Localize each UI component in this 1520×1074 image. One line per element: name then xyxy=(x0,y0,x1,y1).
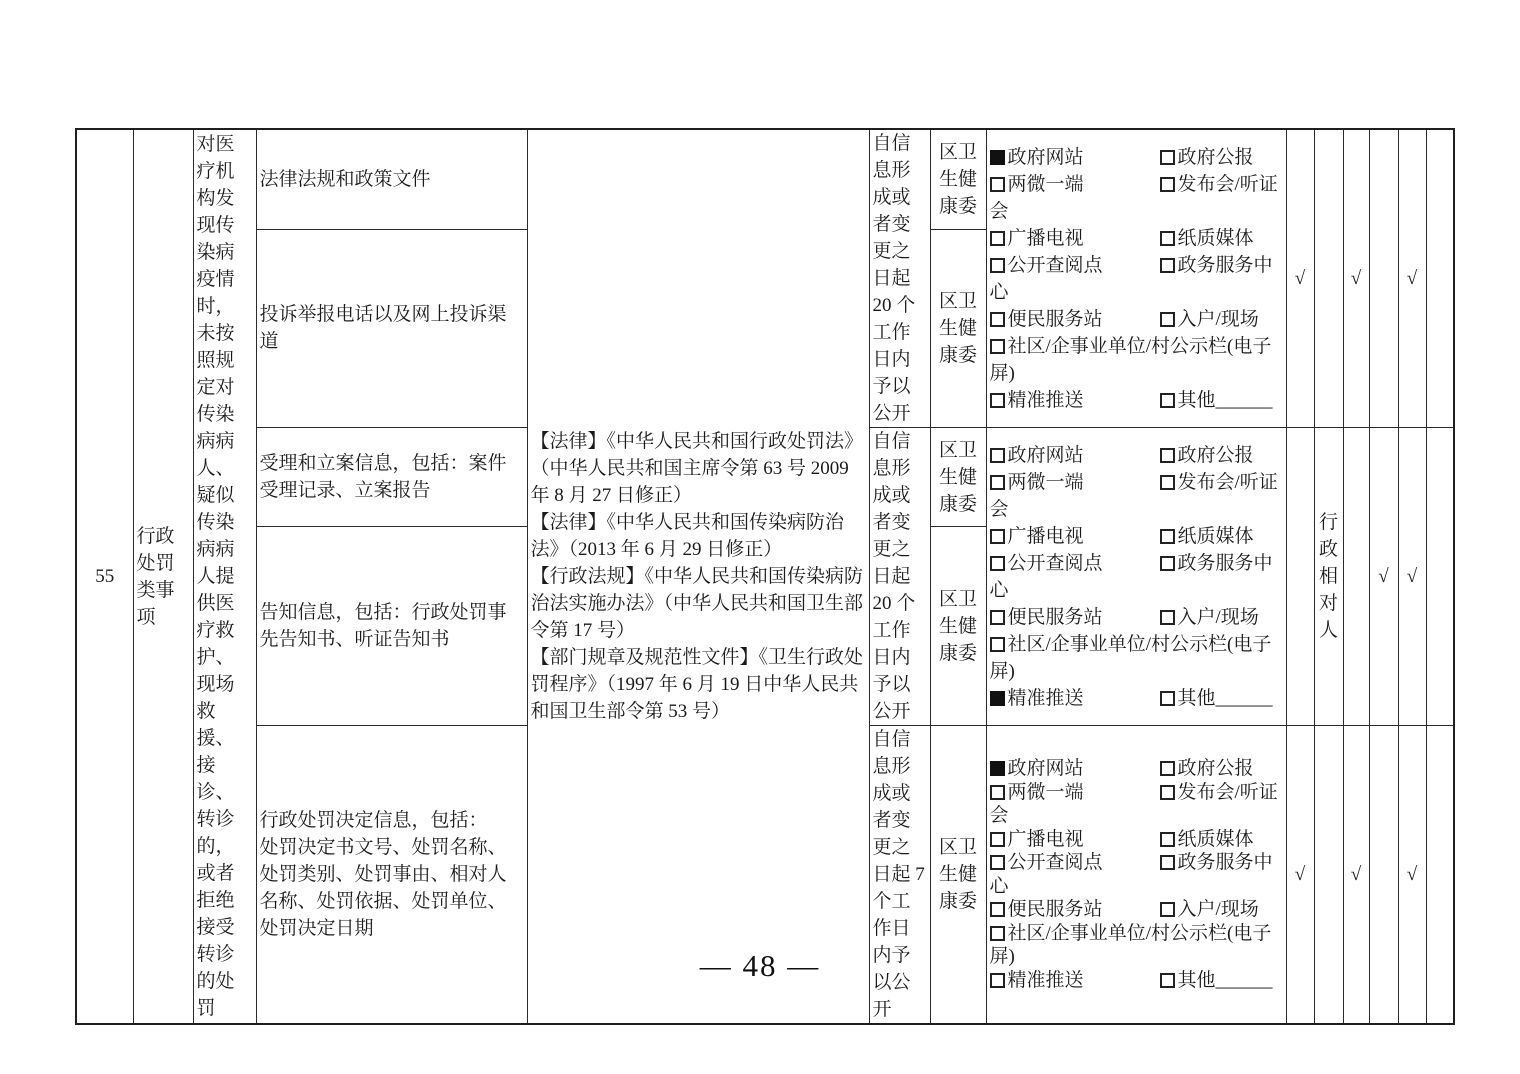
table-row: 55 行政处罚类事项 对医疗机构发现传染病疫情时，未按照规定对传染病病人、疑似传… xyxy=(76,129,1454,229)
channel-row: 社区/企事业单位/村公示栏(电子屏) xyxy=(990,631,1283,685)
mark-cell: √ xyxy=(1398,129,1426,428)
mark-cell xyxy=(1343,428,1369,726)
channel-label: 广播电视 xyxy=(1008,829,1084,850)
checkbox-unchecked-icon xyxy=(1160,150,1175,165)
document-page: 55 行政处罚类事项 对医疗机构发现传染病疫情时，未按照规定对传染病病人、疑似传… xyxy=(0,0,1520,1074)
content-cell-2: 投诉举报电话以及网上投诉渠道 xyxy=(256,229,527,427)
checkbox-unchecked-icon xyxy=(1160,902,1175,917)
channel-label: 公开查阅点 xyxy=(1008,255,1103,276)
channel-label: 政府公报 xyxy=(1178,147,1254,168)
content-cell-1: 法律法规和政策文件 xyxy=(256,129,527,229)
checkbox-unchecked-icon xyxy=(1160,785,1175,800)
responsible-cell-3: 区卫生健康委 xyxy=(930,428,986,527)
checkbox-checked-icon xyxy=(990,691,1005,706)
timing-cell-1: 自信息形成或者变更之日起 20 个工作日内予以公开 xyxy=(869,129,930,428)
checkbox-unchecked-icon xyxy=(1160,691,1175,706)
checkbox-unchecked-icon xyxy=(1160,610,1175,625)
checkbox-unchecked-icon xyxy=(990,177,1005,192)
channel-label: 入户/现场 xyxy=(1178,607,1259,628)
content-detail: 处罚决定书文号、处罚名称、处罚类别、处罚事由、相对人名称、处罚依据、处罚单位、处… xyxy=(260,834,524,942)
responsible-cell-4: 区卫生健康委 xyxy=(930,527,986,726)
channel-label: 政府公报 xyxy=(1178,758,1254,779)
checkbox-unchecked-icon xyxy=(990,855,1005,870)
checkbox-unchecked-icon xyxy=(1160,177,1175,192)
channel-row: 两微一端发布会/听证会 xyxy=(990,781,1283,828)
checkbox-unchecked-icon xyxy=(1160,475,1175,490)
checkbox-unchecked-icon xyxy=(990,637,1005,652)
page-number: — 48 — xyxy=(0,948,1520,984)
channel-item: 精准推送 xyxy=(990,387,1160,414)
channel-label: 政府网站 xyxy=(1008,147,1084,168)
channel-label: 纸质媒体 xyxy=(1178,829,1254,850)
channel-item: 政府公报 xyxy=(1160,147,1254,168)
channel-row: 便民服务站入户/现场 xyxy=(990,604,1283,631)
channel-label: 公开查阅点 xyxy=(1008,553,1103,574)
channel-row: 公开查阅点政务服务中心 xyxy=(990,550,1283,604)
checkbox-checked-icon xyxy=(990,150,1005,165)
timing-cell-2: 自信息形成或者变更之日起 20 个工作日内予以公开 xyxy=(869,428,930,726)
channel-label: 其他______ xyxy=(1178,390,1273,411)
channel-label: 公开查阅点 xyxy=(1008,852,1103,873)
channel-row: 公开查阅点政务服务中心 xyxy=(990,252,1283,306)
channel-label: 社区/企事业单位/村公示栏(电子屏) xyxy=(990,634,1272,682)
channel-row: 社区/企事业单位/村公示栏(电子屏) xyxy=(990,333,1283,387)
mark-cell xyxy=(1314,129,1343,428)
legal-basis-entry: 【行政法规】《中华人民共和国传染病防治法实施办法》（中华人民共和国卫生部令第 1… xyxy=(531,563,866,644)
channel-label: 入户/现场 xyxy=(1178,309,1259,330)
channel-row: 精准推送其他______ xyxy=(990,387,1283,414)
checkbox-unchecked-icon xyxy=(1160,448,1175,463)
checkbox-unchecked-icon xyxy=(990,258,1005,273)
channel-item: 政府网站 xyxy=(990,757,1160,781)
channel-label: 便民服务站 xyxy=(1008,607,1103,628)
channel-label: 广播电视 xyxy=(1008,526,1084,547)
channel-row: 政府网站政府公报 xyxy=(990,757,1283,781)
row-number-cell: 55 xyxy=(76,129,133,1024)
content-cell-4: 告知信息，包括：行政处罚事先告知书、听证告知书 xyxy=(256,527,527,726)
checkbox-unchecked-icon xyxy=(1160,761,1175,776)
channel-row: 便民服务站入户/现场 xyxy=(990,898,1283,922)
channel-label: 两微一端 xyxy=(1008,174,1084,195)
channel-item: 公开查阅点 xyxy=(990,252,1160,279)
channel-label: 精准推送 xyxy=(1008,390,1084,411)
channel-label: 政府网站 xyxy=(1008,445,1084,466)
matter-cell: 对医疗机构发现传染病疫情时，未按照规定对传染病病人、疑似传染病病人提供医疗救护、… xyxy=(193,129,256,1024)
channel-item: 纸质媒体 xyxy=(1160,526,1254,547)
checkbox-unchecked-icon xyxy=(990,448,1005,463)
checkbox-unchecked-icon xyxy=(990,231,1005,246)
content-cell-3: 受理和立案信息，包括：案件受理记录、立案报告 xyxy=(256,428,527,527)
legal-basis-cell: 【法律】《中华人民共和国行政处罚法》（中华人民共和国主席令第 63 号 2009… xyxy=(527,129,869,1024)
channel-row: 便民服务站入户/现场 xyxy=(990,306,1283,333)
channel-item: 两微一端 xyxy=(990,469,1160,496)
checkbox-unchecked-icon xyxy=(990,393,1005,408)
checkbox-unchecked-icon xyxy=(990,610,1005,625)
channel-row: 公开查阅点政务服务中心 xyxy=(990,851,1283,898)
responsible-cell-2: 区卫生健康委 xyxy=(930,229,986,427)
mark-cell: √ xyxy=(1286,129,1314,428)
audience-cell: 行政相对人 xyxy=(1314,428,1343,726)
checkbox-unchecked-icon xyxy=(990,926,1005,941)
channel-label: 广播电视 xyxy=(1008,228,1084,249)
channel-item: 政府公报 xyxy=(1160,445,1254,466)
mark-cell: √ xyxy=(1343,129,1369,428)
channel-item: 纸质媒体 xyxy=(1160,829,1254,850)
channel-item: 便民服务站 xyxy=(990,898,1160,922)
channels-cell-1: 政府网站政府公报两微一端发布会/听证会广播电视纸质媒体公开查阅点政务服务中心便民… xyxy=(986,129,1286,428)
legal-basis-entry: 【法律】《中华人民共和国行政处罚法》（中华人民共和国主席令第 63 号 2009… xyxy=(531,428,866,509)
channel-item: 纸质媒体 xyxy=(1160,228,1254,249)
mark-cell xyxy=(1426,428,1454,726)
channel-item: 入户/现场 xyxy=(1160,607,1259,628)
channel-item: 入户/现场 xyxy=(1160,309,1259,330)
mark-cell xyxy=(1369,129,1398,428)
channel-label: 政府网站 xyxy=(1008,758,1084,779)
channel-item: 公开查阅点 xyxy=(990,550,1160,577)
channel-row: 广播电视纸质媒体 xyxy=(990,828,1283,852)
mark-cell: √ xyxy=(1369,428,1398,726)
channel-label: 便民服务站 xyxy=(1008,309,1103,330)
channel-label: 纸质媒体 xyxy=(1178,228,1254,249)
channel-item: 政府公报 xyxy=(1160,758,1254,779)
channel-item: 两微一端 xyxy=(990,781,1160,805)
checkbox-unchecked-icon xyxy=(1160,556,1175,571)
channel-item: 政府网站 xyxy=(990,442,1160,469)
channel-item: 其他______ xyxy=(1160,390,1273,411)
checkbox-unchecked-icon xyxy=(1160,312,1175,327)
checkbox-unchecked-icon xyxy=(1160,231,1175,246)
channel-item: 便民服务站 xyxy=(990,604,1160,631)
channel-label: 便民服务站 xyxy=(1008,899,1103,920)
mark-cell xyxy=(1426,129,1454,428)
checkbox-unchecked-icon xyxy=(990,312,1005,327)
channel-item: 精准推送 xyxy=(990,685,1160,712)
legal-basis-entry: 【法律】《中华人民共和国传染病防治法》（2013 年 6 月 29 日修正） xyxy=(531,509,866,563)
channel-row: 广播电视纸质媒体 xyxy=(990,523,1283,550)
channel-label: 社区/企事业单位/村公示栏(电子屏) xyxy=(990,336,1272,384)
checkbox-unchecked-icon xyxy=(1160,832,1175,847)
channel-label: 精准推送 xyxy=(1008,688,1084,709)
channel-item: 广播电视 xyxy=(990,225,1160,252)
channels-cell-2: 政府网站政府公报两微一端发布会/听证会广播电视纸质媒体公开查阅点政务服务中心便民… xyxy=(986,428,1286,726)
channel-label: 纸质媒体 xyxy=(1178,526,1254,547)
category-cell: 行政处罚类事项 xyxy=(133,129,193,1024)
disclosure-table: 55 行政处罚类事项 对医疗机构发现传染病疫情时，未按照规定对传染病病人、疑似传… xyxy=(75,128,1455,1025)
checkbox-unchecked-icon xyxy=(1160,393,1175,408)
checkbox-unchecked-icon xyxy=(1160,258,1175,273)
checkbox-unchecked-icon xyxy=(990,832,1005,847)
channel-label: 政府公报 xyxy=(1178,445,1254,466)
channel-row: 两微一端发布会/听证会 xyxy=(990,469,1283,523)
checkbox-unchecked-icon xyxy=(990,556,1005,571)
channel-item: 政府网站 xyxy=(990,144,1160,171)
channel-item: 广播电视 xyxy=(990,523,1160,550)
channel-item: 广播电视 xyxy=(990,828,1160,852)
channel-item: 便民服务站 xyxy=(990,306,1160,333)
checkbox-unchecked-icon xyxy=(990,785,1005,800)
channel-item: 入户/现场 xyxy=(1160,899,1259,920)
content-intro: 行政处罚决定信息，包括： xyxy=(260,807,524,834)
channel-row: 政府网站政府公报 xyxy=(990,144,1283,171)
checkbox-unchecked-icon xyxy=(1160,529,1175,544)
channel-label: 其他______ xyxy=(1178,688,1273,709)
channel-label: 入户/现场 xyxy=(1178,899,1259,920)
checkbox-unchecked-icon xyxy=(990,475,1005,490)
checkbox-unchecked-icon xyxy=(990,529,1005,544)
checkbox-unchecked-icon xyxy=(1160,855,1175,870)
channel-item: 公开查阅点 xyxy=(990,851,1160,875)
mark-cell: √ xyxy=(1398,428,1426,726)
checkbox-checked-icon xyxy=(990,761,1005,776)
channel-row: 两微一端发布会/听证会 xyxy=(990,171,1283,225)
channel-item: 社区/企事业单位/村公示栏(电子屏) xyxy=(990,336,1272,384)
checkbox-unchecked-icon xyxy=(990,902,1005,917)
channel-row: 广播电视纸质媒体 xyxy=(990,225,1283,252)
mark-cell xyxy=(1286,428,1314,726)
channel-row: 精准推送其他______ xyxy=(990,685,1283,712)
checkbox-unchecked-icon xyxy=(990,339,1005,354)
channel-label: 两微一端 xyxy=(1008,782,1084,803)
responsible-cell-1: 区卫生健康委 xyxy=(930,129,986,229)
legal-basis-entry: 【部门规章及规范性文件】《卫生行政处罚程序》（1997 年 6 月 19 日中华… xyxy=(531,644,866,725)
channel-item: 其他______ xyxy=(1160,688,1273,709)
channel-item: 社区/企事业单位/村公示栏(电子屏) xyxy=(990,634,1272,682)
channel-item: 两微一端 xyxy=(990,171,1160,198)
channel-row: 政府网站政府公报 xyxy=(990,442,1283,469)
channel-label: 两微一端 xyxy=(1008,472,1084,493)
